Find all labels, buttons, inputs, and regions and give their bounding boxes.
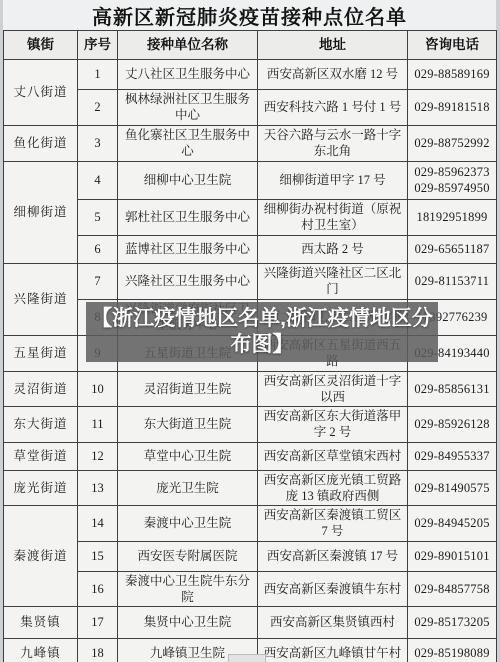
header-row: 镇街 序号 接种单位名称 地址 咨询电话 <box>4 31 497 60</box>
street-cell: 细柳街道 <box>4 161 78 263</box>
site-name-cell: 西安医专附属医院 <box>118 541 258 571</box>
index-cell: 6 <box>78 235 118 263</box>
address-cell: 细柳街办祝村街道（原祝村卫生室） <box>258 199 408 235</box>
phone-number: 029-89181518 <box>411 99 493 115</box>
site-name-cell: 集贤中心卫生院 <box>118 607 258 639</box>
street-cell: 秦渡街道 <box>4 506 78 607</box>
table-row: 16秦渡中心卫生院牛东分院西安高新区秦渡镇牛东村029-84857758 <box>4 571 497 607</box>
header-street: 镇街 <box>4 31 78 60</box>
table-header: 镇街 序号 接种单位名称 地址 咨询电话 <box>4 31 497 60</box>
phone-cell: 029-88589169 <box>408 60 497 90</box>
index-cell: 11 <box>78 407 118 443</box>
site-name-cell: 东大街道卫生院 <box>118 407 258 443</box>
site-name-cell: 灵沼街道卫生院 <box>118 371 258 407</box>
table-row: 兴隆街道7兴隆社区卫生服务中心兴隆街道兴隆社区二区北门029-81153711 <box>4 263 497 299</box>
phone-cell: 029-85198089 <box>408 639 497 662</box>
street-cell: 兴隆街道 <box>4 263 78 335</box>
street-cell: 鱼化街道 <box>4 125 78 161</box>
site-name-cell: 枫林绿洲社区卫生服务中心 <box>118 90 258 126</box>
table-row: 庞光街道13庞光卫生院西安高新区庞光镇工贸路庞 13 镇政府西侧029-8149… <box>4 470 497 506</box>
index-cell: 4 <box>78 161 118 199</box>
phone-number: 029-88752992 <box>411 135 493 151</box>
address-cell: 西安高新区双水磨 12 号 <box>258 60 408 90</box>
site-name-cell: 丈八社区卫生服务中心 <box>118 60 258 90</box>
site-name-cell: 秦渡中心卫生院牛东分院 <box>118 571 258 607</box>
index-cell: 7 <box>78 263 118 299</box>
street-cell: 九峰镇 <box>4 639 78 662</box>
index-cell: 13 <box>78 470 118 506</box>
address-cell: 细柳街道甲字 17 号 <box>258 161 408 199</box>
phone-cell: 029-88752992 <box>408 125 497 161</box>
phone-number: 029-85962373 <box>411 164 493 180</box>
phone-cell: 029-81490575 <box>408 470 497 506</box>
table-row: 灵沼街道10灵沼街道卫生院西安高新区灵沼街道十字以西029-85856131 <box>4 371 497 407</box>
phone-cell: 029-85962373029-85974950 <box>408 161 497 199</box>
index-cell: 16 <box>78 571 118 607</box>
site-name-cell: 草堂中心卫生院 <box>118 442 258 470</box>
phone-number: 029-85856131 <box>411 381 493 397</box>
index-cell: 3 <box>78 125 118 161</box>
index-cell: 12 <box>78 442 118 470</box>
table-row: 丈八街道1丈八社区卫生服务中心西安高新区双水磨 12 号029-88589169 <box>4 60 497 90</box>
page-title: 高新区新冠肺炎疫苗接种点位名单 <box>92 1 407 30</box>
phone-number: 029-84857758 <box>411 581 493 597</box>
index-cell: 2 <box>78 90 118 126</box>
phone-cell: 029-89181518 <box>408 90 497 126</box>
phone-number: 029-85926128 <box>411 416 493 432</box>
address-cell: 西安高新区庞光镇工贸路庞 13 镇政府西侧 <box>258 470 408 506</box>
address-cell: 西安高新区东大街道落甲字 2 号 <box>258 407 408 443</box>
table-row: 细柳街道4细柳中心卫生院细柳街道甲字 17 号029-85962373029-8… <box>4 161 497 199</box>
table-row: 5郭杜社区卫生服务中心细柳街办祝村街道（原祝村卫生室）18192951899 <box>4 199 497 235</box>
phone-cell: 029-85926128 <box>408 407 497 443</box>
site-name-cell: 细柳中心卫生院 <box>118 161 258 199</box>
phone-number: 029-81490575 <box>411 480 493 496</box>
watermark-line-1: 【浙江疫情地区名单,浙江疫情地区分 <box>91 306 433 332</box>
table-row: 鱼化街道3鱼化寨社区卫生服务中心天谷六路与云水一路十字东北角029-887529… <box>4 125 497 161</box>
index-cell: 1 <box>78 60 118 90</box>
index-cell: 18 <box>78 639 118 662</box>
table-row: 东大街道11东大街道卫生院西安高新区东大街道落甲字 2 号029-8592612… <box>4 407 497 443</box>
phone-cell: 029-85856131 <box>408 371 497 407</box>
table-row: 15西安医专附属医院西安高新区秦渡镇 17 号029-89015101 <box>4 541 497 571</box>
table-row: 6蓝博社区卫生服务中心西太路 2 号029-65651187 <box>4 235 497 263</box>
site-name-cell: 郭杜社区卫生服务中心 <box>118 199 258 235</box>
street-cell: 草堂街道 <box>4 442 78 470</box>
table-row: 集贤镇17集贤中心卫生院西安高新区集贤镇西村029-85173205 <box>4 607 497 639</box>
table-row: 草堂街道12草堂中心卫生院西安高新区草堂镇宋西村029-84955337 <box>4 442 497 470</box>
phone-cell: 029-85173205 <box>408 607 497 639</box>
vaccine-list-page: 高新区新冠肺炎疫苗接种点位名单 镇街 序号 接种单位名称 地址 咨询电话 丈八街… <box>0 0 500 662</box>
index-cell: 10 <box>78 371 118 407</box>
street-cell: 东大街道 <box>4 407 78 443</box>
phone-cell: 029-84955337 <box>408 442 497 470</box>
phone-number: 029-85198089 <box>411 645 493 661</box>
page-title-bar: 高新区新冠肺炎疫苗接种点位名单 <box>3 0 496 30</box>
index-cell: 15 <box>78 541 118 571</box>
address-cell: 西安高新区草堂镇宋西村 <box>258 442 408 470</box>
site-name-cell: 庞光卫生院 <box>118 470 258 506</box>
phone-cell: 029-84857758 <box>408 571 497 607</box>
phone-number: 029-85974950 <box>411 180 493 196</box>
phone-number: 029-81153711 <box>411 273 493 289</box>
phone-number: 18192951899 <box>411 209 493 225</box>
address-cell: 西安科技六路 1 号付 1 号 <box>258 90 408 126</box>
phone-number: 029-88589169 <box>411 66 493 82</box>
phone-number: 029-84945205 <box>411 515 493 531</box>
phone-cell: 029-65651187 <box>408 235 497 263</box>
phone-cell: 18192951899 <box>408 199 497 235</box>
street-cell: 灵沼街道 <box>4 371 78 407</box>
phone-number: 029-84955337 <box>411 448 493 464</box>
address-cell: 西安高新区秦渡镇牛东村 <box>258 571 408 607</box>
header-site-name: 接种单位名称 <box>118 31 258 60</box>
address-cell: 西安高新区秦渡镇工贸区 7 号 <box>258 506 408 542</box>
site-name-cell: 秦渡中心卫生院 <box>118 506 258 542</box>
index-cell: 14 <box>78 506 118 542</box>
address-cell: 西安高新区九峰镇甘午村 <box>258 639 408 662</box>
phone-number: 029-65651187 <box>411 241 493 257</box>
header-address: 地址 <box>258 31 408 60</box>
street-cell: 五星街道 <box>4 335 78 371</box>
address-cell: 天谷六路与云水一路十字东北角 <box>258 125 408 161</box>
header-index: 序号 <box>78 31 118 60</box>
phone-cell: 029-89015101 <box>408 541 497 571</box>
street-cell: 庞光街道 <box>4 470 78 506</box>
site-name-cell: 蓝博社区卫生服务中心 <box>118 235 258 263</box>
watermark-overlay: 【浙江疫情地区名单,浙江疫情地区分 布图】 <box>86 302 438 362</box>
index-cell: 17 <box>78 607 118 639</box>
address-cell: 西安高新区秦渡镇 17 号 <box>258 541 408 571</box>
site-name-cell: 鱼化寨社区卫生服务中心 <box>118 125 258 161</box>
phone-number: 029-89015101 <box>411 548 493 564</box>
index-cell: 5 <box>78 199 118 235</box>
header-phone: 咨询电话 <box>408 31 497 60</box>
address-cell: 兴隆街道兴隆社区二区北门 <box>258 263 408 299</box>
phone-number: 029-85173205 <box>411 614 493 630</box>
address-cell: 西安高新区集贤镇西村 <box>258 607 408 639</box>
site-name-cell: 兴隆社区卫生服务中心 <box>118 263 258 299</box>
address-cell: 西安高新区灵沼街道十字以西 <box>258 371 408 407</box>
table-row: 2枫林绿洲社区卫生服务中心西安科技六路 1 号付 1 号029-89181518 <box>4 90 497 126</box>
table-row: 秦渡街道14秦渡中心卫生院西安高新区秦渡镇工贸区 7 号029-84945205 <box>4 506 497 542</box>
street-cell: 集贤镇 <box>4 607 78 639</box>
phone-cell: 029-84945205 <box>408 506 497 542</box>
address-cell: 西太路 2 号 <box>258 235 408 263</box>
phone-cell: 029-81153711 <box>408 263 497 299</box>
watermark-line-2: 布图】 <box>231 332 294 358</box>
bottom-page-fragment <box>228 654 266 662</box>
street-cell: 丈八街道 <box>4 60 78 126</box>
